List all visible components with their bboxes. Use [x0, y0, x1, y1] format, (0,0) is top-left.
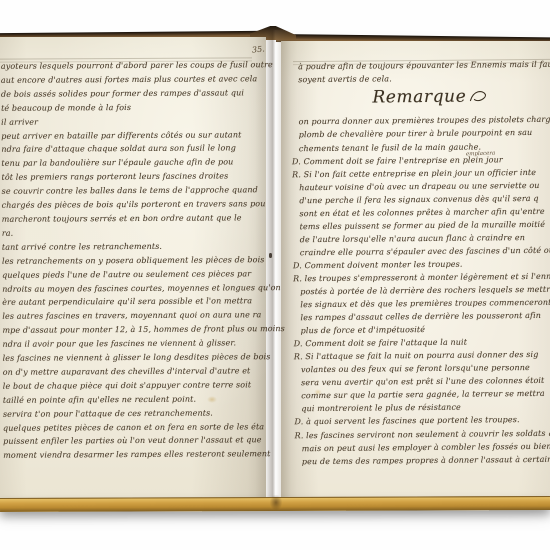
right-page-continuation: à poudre afin de toujours épouvanter les…	[298, 58, 548, 87]
manuscript-line: craindre elle pourra s'épauler avec des …	[300, 244, 550, 259]
gilt-gutter-notch	[270, 495, 282, 510]
manuscript-line: soyent avertis de cela.	[298, 71, 548, 87]
manuscript-line: de bois assés solides pour former des ra…	[1, 86, 263, 102]
manuscript-line: aut encore d'autres ausi fortes mais plu…	[1, 72, 263, 88]
manuscript-line: le bout de chaque pièce qui doit s'appuy…	[3, 378, 265, 394]
manuscript-line: les rampes d'assaut celles de derrière l…	[300, 309, 550, 324]
manuscript-line: les fascines ne viennent à glisser le lo…	[3, 350, 265, 366]
heading-row: Remarque	[298, 86, 548, 115]
ink-speck	[269, 253, 272, 258]
manuscript-line: plomb de chevalière pour tirer à brule p…	[299, 126, 549, 141]
manuscript-line: quelques pieds l'une de l'autre ou seule…	[2, 267, 264, 283]
manuscript-line: on d'y mettre auparavant des chevilles d…	[3, 364, 265, 380]
right-page-text: à poudre afin de toujours épouvanter les…	[298, 58, 550, 468]
section-heading: Remarque	[372, 87, 466, 108]
manuscript-line: les retranchements on y posera obliqueme…	[2, 253, 264, 269]
left-page-text: ayoteurs lesquels pourront d'abord parer…	[1, 58, 265, 463]
right-page-body: on pourra donner aux premières troupes d…	[299, 113, 550, 468]
manuscript-photo: 35. ayoteurs lesquels pourront d'abord p…	[0, 0, 550, 550]
manuscript-line: à poudre afin de toujours épouvanter les…	[298, 58, 548, 74]
page-number: 35.	[252, 44, 266, 54]
manuscript-line: peu de tems des rampes propres à donner …	[302, 452, 550, 467]
fox-spot	[207, 396, 217, 403]
heading-flourish-icon	[468, 89, 488, 104]
manuscript-line: marcheront toujours serrés et en bon ord…	[2, 211, 264, 227]
manuscript-line: moment viendra desarmer les rampes elles…	[3, 448, 265, 464]
manuscript-line: ayoteurs lesquels pourront d'abord parer…	[1, 58, 263, 74]
interlinear-note: emplacera	[466, 150, 495, 157]
fox-spot	[314, 389, 322, 395]
